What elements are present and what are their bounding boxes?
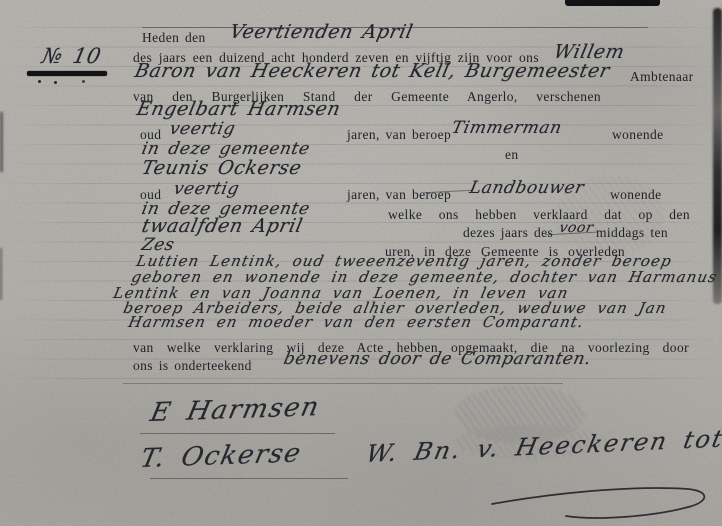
scan-edge-right-shadow xyxy=(713,8,722,304)
handwritten-benevens: benevens door de Comparanten. xyxy=(282,351,593,368)
signature-official: W. Bn. v. Heeckeren tot Kell xyxy=(364,424,722,466)
printed-wonende-2: wonende xyxy=(610,188,662,203)
handwritten-age-1: veertig xyxy=(168,121,237,138)
handwritten-act-date: Veertienden April xyxy=(228,23,415,42)
printed-wonende-1: wonende xyxy=(612,128,664,143)
signature-area-rule xyxy=(123,383,563,384)
handwritten-comparant1-name: Engelbart Harmsen xyxy=(135,100,342,119)
handwritten-deceased-line5: Harmsen en moeder van den eersten Compar… xyxy=(127,315,585,330)
signature-flourish xyxy=(488,478,713,522)
scan-edge-left-mark xyxy=(0,112,3,172)
scan-edge-left-mark2 xyxy=(0,248,2,300)
printed-verklaard: welke ons hebben verklaard dat op den xyxy=(388,208,690,223)
printed-en: en xyxy=(505,148,519,163)
printed-heden-den: Heden den xyxy=(142,31,206,46)
act-number: № 10 xyxy=(40,46,103,67)
signature-underline-2 xyxy=(150,478,348,479)
signature-comparant1: E Harmsen xyxy=(148,394,322,426)
signature-underline-1 xyxy=(140,433,335,434)
handwritten-residence-1: in deze gemeente xyxy=(140,141,311,158)
handwritten-age-2: veertig xyxy=(172,181,241,198)
ink-bar-dots xyxy=(38,80,41,83)
handwritten-occupation-2: Landbouwer xyxy=(468,180,586,197)
printed-jaren-beroep-2: jaren, van beroep xyxy=(347,188,451,203)
handwritten-deceased-line1: Luttien Lentink, oud tweeenzeventig jare… xyxy=(135,254,673,269)
printed-jaren-beroep-1: jaren, van beroep xyxy=(347,128,451,143)
printed-dezes-jaars-des: dezes jaars des xyxy=(463,226,553,241)
signature-comparant2: T. Ockerse xyxy=(138,440,304,472)
handwritten-occupation-1: Timmerman xyxy=(450,120,563,137)
printed-closing-line2: ons is onderteekend xyxy=(133,359,252,374)
printed-ambtenaar: Ambtenaar xyxy=(630,70,694,85)
handwritten-official-rest: Baron van Heeckeren tot Kell, Burgemeest… xyxy=(133,62,612,81)
printed-middags-ten: middags ten xyxy=(596,226,668,241)
scan-edge-top-mark xyxy=(565,0,660,6)
handwritten-deceased-line2: geboren en wonende in deze gemeente, doc… xyxy=(130,270,719,285)
handwritten-comparant2-name: Teunis Ockerse xyxy=(140,159,303,178)
handwritten-death-date: twaalfden April xyxy=(140,217,305,236)
ink-bar xyxy=(27,71,107,76)
death-certificate-scan: № 10 Heden den Veertienden April des jaa… xyxy=(0,0,722,526)
